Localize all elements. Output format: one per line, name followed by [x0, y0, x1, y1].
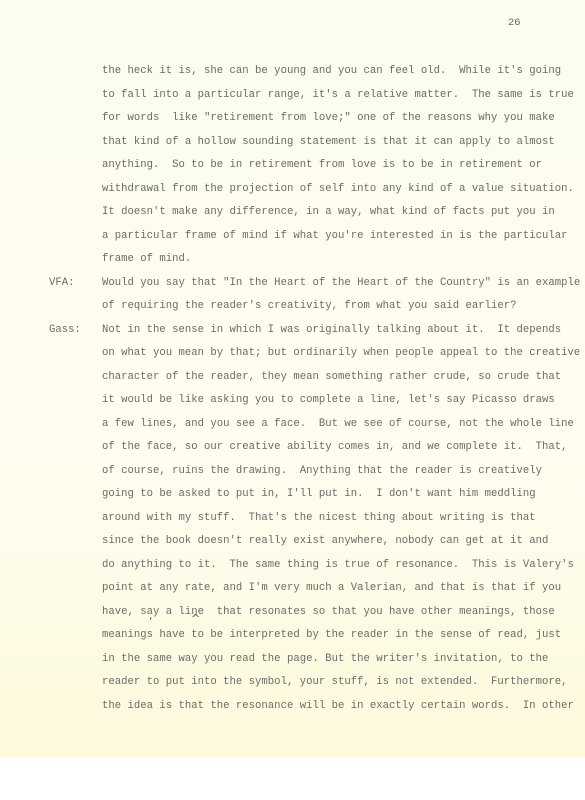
handwritten-caret-mark: ^: [191, 612, 200, 625]
text-line: a few lines, and you see a face. But we …: [102, 418, 574, 430]
text-line: have, say a line that resonates so that …: [102, 606, 555, 618]
text-line: Would you say that "In the Heart of the …: [102, 277, 580, 289]
document-page: 26 the heck it is, she can be young and …: [0, 0, 585, 758]
text-line: withdrawal from the projection of self i…: [102, 183, 574, 195]
text-line: the heck it is, she can be young and you…: [102, 65, 561, 77]
handwritten-comma-mark: ,: [149, 609, 153, 622]
text-line: frame of mind.: [102, 253, 191, 265]
text-line: it would be like asking you to complete …: [102, 394, 555, 406]
text-line: that kind of a hollow sounding statement…: [102, 136, 555, 148]
text-line: since the book doesn't really exist anyw…: [102, 535, 548, 547]
text-line: on what you mean by that; but ordinarily…: [102, 347, 580, 359]
text-line: for words like "retirement from love;" o…: [102, 112, 555, 124]
text-line: Not in the sense in which I was original…: [102, 324, 561, 336]
text-line: of requiring the reader's creativity, fr…: [102, 300, 517, 312]
text-line: do anything to it. The same thing is tru…: [102, 559, 574, 571]
text-line: meanings have to be interpreted by the r…: [102, 629, 561, 641]
text-line: It doesn't make any difference, in a way…: [102, 206, 555, 218]
text-line: point at any rate, and I'm very much a V…: [102, 582, 561, 594]
text-line: going to be asked to put in, I'll put in…: [102, 488, 536, 500]
text-line: a particular frame of mind if what you'r…: [102, 230, 568, 242]
text-line: in the same way you read the page. But t…: [102, 653, 548, 665]
speaker-label: VFA:: [49, 277, 74, 289]
speaker-label: Gass:: [49, 324, 81, 336]
text-line: around with my stuff. That's the nicest …: [102, 512, 536, 524]
text-line: to fall into a particular range, it's a …: [102, 89, 574, 101]
text-line: of course, ruins the drawing. Anything t…: [102, 465, 542, 477]
text-line: the idea is that the resonance will be i…: [102, 700, 574, 712]
text-line: of the face, so our creative ability com…: [102, 441, 568, 453]
text-line: character of the reader, they mean somet…: [102, 371, 561, 383]
page-number: 26: [508, 17, 521, 29]
text-line: reader to put into the symbol, your stuf…: [102, 676, 568, 688]
text-line: anything. So to be in retirement from lo…: [102, 159, 542, 171]
